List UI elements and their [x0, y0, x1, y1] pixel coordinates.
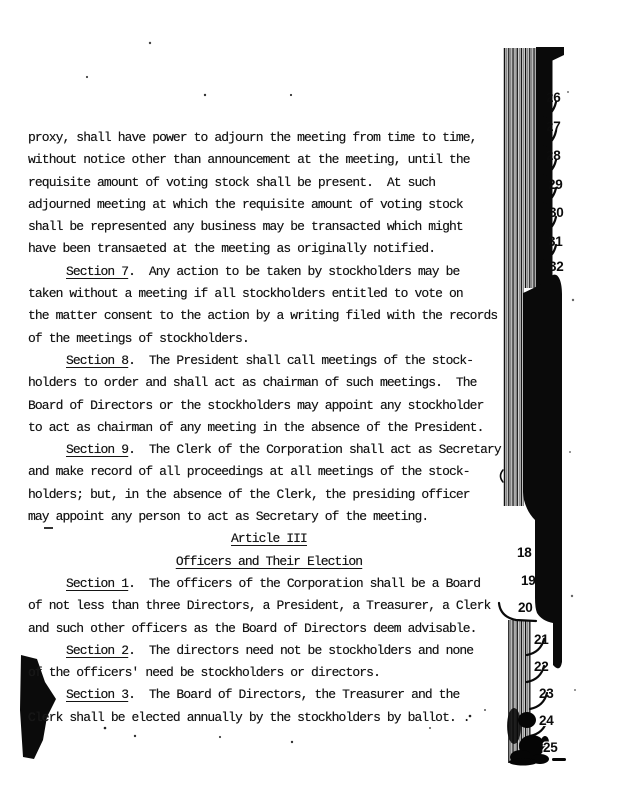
text-line: proxy, shall have power to adjourn the m… — [28, 127, 510, 149]
section-1-lead-line: Section 1. The officers of the Corporati… — [28, 573, 510, 595]
index-tab-26: 26 — [546, 90, 560, 105]
index-tab-24: 24 — [539, 713, 553, 728]
text-line: to act as chairman of any meeting in the… — [28, 417, 510, 439]
text-line: shall be represented any business may be… — [28, 216, 510, 238]
section-7-label: Section 7 — [66, 264, 128, 279]
text-line: Clerk shall be elected annually by the s… — [28, 707, 510, 729]
index-tab-32: 32 — [549, 259, 563, 274]
text-line: have been transaeted at the meeting as o… — [28, 238, 510, 260]
index-tab-20: 20 — [518, 600, 532, 615]
text-line: taken without a meeting if all stockhold… — [28, 283, 510, 305]
index-tab-18: 18 — [517, 545, 531, 560]
text-line: the matter consent to the action by a wr… — [28, 305, 510, 327]
article-heading: Article III — [28, 528, 510, 550]
text-line: holders to order and shall act as chairm… — [28, 372, 510, 394]
text-line: Board of Directors or the stockholders m… — [28, 395, 510, 417]
section-8-lead-line: Section 8. The President shall call meet… — [28, 350, 510, 372]
index-tab-23: 23 — [539, 686, 553, 701]
index-tab-31: 31 — [548, 234, 562, 249]
text-line: of the meetings of stockholders. — [28, 328, 510, 350]
index-tab-25: 25 — [543, 740, 557, 755]
section-1-label: Section 1 — [66, 576, 128, 591]
text-line: adjourned meeting at which the requisite… — [28, 194, 510, 216]
text-line: may appoint any person to act as Secreta… — [28, 506, 510, 528]
text-line: of the officers' need be stockholders or… — [28, 662, 510, 684]
section-3-label: Section 3 — [66, 687, 128, 702]
section-2-label: Section 2 — [66, 643, 128, 658]
section-9-label: Section 9 — [66, 442, 128, 457]
index-tab-28: 28 — [546, 148, 560, 163]
index-tab-27: 27 — [546, 119, 560, 134]
top-corner-flag — [537, 47, 564, 66]
index-tab-30: 30 — [549, 205, 563, 220]
text-line: and such other officers as the Board of … — [28, 618, 510, 640]
index-tab-21: 21 — [534, 632, 548, 647]
text-line: holders; but, in the absence of the Cler… — [28, 484, 510, 506]
index-tab-22: 22 — [534, 659, 548, 674]
section-9-lead-line: Section 9. The Clerk of the Corporation … — [28, 439, 510, 461]
article-subheading: Officers and Their Election — [28, 551, 510, 573]
index-tab-19: 19 — [521, 573, 535, 588]
text-line: and make record of all proceedings at al… — [28, 461, 510, 483]
text-line: requisite amount of voting stock shall b… — [28, 172, 510, 194]
document-body: proxy, shall have power to adjourn the m… — [28, 127, 510, 729]
scanned-document-page: proxy, shall have power to adjourn the m… — [0, 0, 626, 810]
section-3-lead-line: Section 3. The Board of Directors, the T… — [28, 684, 510, 706]
text-line: without notice other than announcement a… — [28, 149, 510, 171]
section-8-label: Section 8 — [66, 353, 128, 368]
section-7-lead-line: Section 7. Any action to be taken by sto… — [28, 261, 510, 283]
section-2-lead-line: Section 2. The directors need not be sto… — [28, 640, 510, 662]
index-tab-29: 29 — [548, 177, 562, 192]
text-line: of not less than three Directors, a Pres… — [28, 595, 510, 617]
ink-smudge — [507, 708, 566, 766]
